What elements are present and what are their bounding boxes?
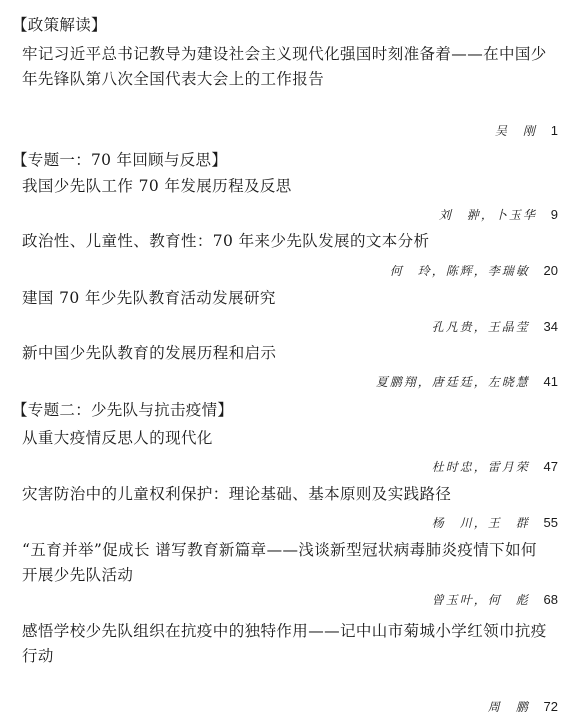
toc-entry-page-number[interactable]: 41 xyxy=(544,374,558,390)
toc-entry-authors: 孔凡贵，王晶莹 xyxy=(432,320,530,334)
section-heading-topic-two: 【专题二：少先队与抗击疫情】 xyxy=(12,400,233,420)
toc-entry-page-number[interactable]: 9 xyxy=(551,207,558,223)
toc-entry-meta: 曾玉叶，何 彪 68 xyxy=(432,592,558,608)
toc-entry-authors: 夏鹏翔，唐廷廷，左晓慧 xyxy=(376,375,530,389)
toc-entry-authors: 吴 刚 xyxy=(495,124,537,138)
toc-entry-title[interactable]: 从重大疫情反思人的现代化 xyxy=(22,426,550,451)
toc-entry-meta: 刘 翀，卜玉华 9 xyxy=(439,207,558,223)
toc-entry-authors: 杨 川，王 群 xyxy=(432,516,530,530)
toc-entry-title[interactable]: 政治性、儿童性、教育性：70 年来少先队发展的文本分析 xyxy=(22,229,550,254)
toc-entry-authors: 曾玉叶，何 彪 xyxy=(432,593,530,607)
toc-entry-page-number[interactable]: 20 xyxy=(544,263,558,279)
toc-entry-meta: 杨 川，王 群 55 xyxy=(432,515,558,531)
toc-entry-authors: 杜时忠，雷月荣 xyxy=(432,460,530,474)
toc-entry-meta: 何 玲，陈辉，李瑞敏 20 xyxy=(390,263,558,279)
section-heading-policy: 【政策解读】 xyxy=(12,15,107,35)
toc-entry-meta: 夏鹏翔，唐廷廷，左晓慧 41 xyxy=(376,374,558,390)
toc-entry-page-number[interactable]: 34 xyxy=(544,319,558,335)
toc-entry-meta: 杜时忠，雷月荣 47 xyxy=(432,459,558,475)
toc-entry-title[interactable]: 建国 70 年少先队教育活动发展研究 xyxy=(22,286,550,311)
section-heading-topic-one: 【专题一：70 年回顾与反思】 xyxy=(12,150,227,170)
toc-entry-page-number[interactable]: 68 xyxy=(544,592,558,608)
toc-entry-authors: 何 玲，陈辉，李瑞敏 xyxy=(390,264,530,278)
toc-entry-meta: 孔凡贵，王晶莹 34 xyxy=(432,319,558,335)
toc-entry-title[interactable]: 感悟学校少先队组织在抗疫中的独特作用——记中山市菊城小学红领巾抗疫行动 xyxy=(22,619,550,669)
toc-entry-page-number[interactable]: 72 xyxy=(544,699,558,715)
toc-entry-page-number[interactable]: 47 xyxy=(544,459,558,475)
toc-entry-page-number[interactable]: 55 xyxy=(544,515,558,531)
toc-entry-title[interactable]: 牢记习近平总书记教导为建设社会主义现代化强国时刻准备着——在中国少年先锋队第八次… xyxy=(22,42,550,92)
toc-entry-page-number[interactable]: 1 xyxy=(551,123,558,139)
toc-entry-authors: 周 鹏 xyxy=(488,700,530,714)
toc-entry-title[interactable]: 灾害防治中的儿童权利保护：理论基础、基本原则及实践路径 xyxy=(22,482,550,507)
toc-entry-meta: 周 鹏 72 xyxy=(488,699,558,715)
toc-entry-title[interactable]: 我国少先队工作 70 年发展历程及反思 xyxy=(22,174,550,199)
toc-entry-authors: 刘 翀，卜玉华 xyxy=(439,208,537,222)
toc-entry-title[interactable]: 新中国少先队教育的发展历程和启示 xyxy=(22,341,550,366)
toc-entry-title[interactable]: “五育并举”促成长 谱写教育新篇章——浅谈新型冠状病毒肺炎疫情下如何开展少先队活… xyxy=(22,538,550,588)
toc-entry-meta: 吴 刚 1 xyxy=(495,123,558,139)
